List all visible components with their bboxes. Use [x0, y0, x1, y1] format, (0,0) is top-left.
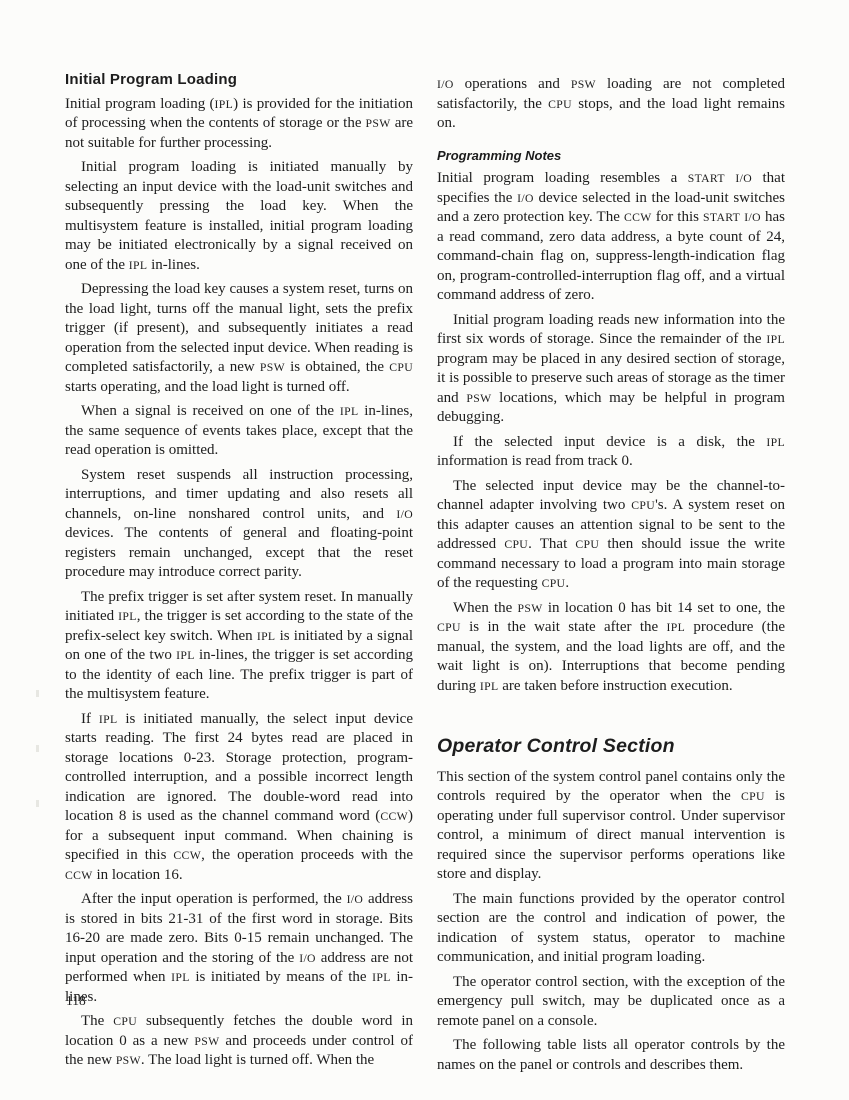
small-caps-term: IPL — [99, 713, 118, 726]
paragraph: When a signal is received on one of the … — [65, 402, 413, 461]
small-caps-term: CCW — [65, 869, 93, 882]
small-caps-term: I/O — [396, 508, 413, 521]
paragraph: If IPL is initiated manually, the select… — [65, 710, 413, 886]
sub-heading: Programming Notes — [437, 148, 785, 165]
manual-page: Initial Program LoadingInitial program l… — [0, 0, 849, 1100]
scan-artifact-marks — [36, 690, 40, 960]
paragraph: Initial program loading is initiated man… — [65, 158, 413, 275]
small-caps-term: I/O — [517, 192, 534, 205]
paragraph: I/O operations and PSW loading are not c… — [437, 75, 785, 134]
small-caps-term: PSW — [571, 78, 596, 91]
paragraph: The following table lists all operator c… — [437, 1036, 785, 1075]
paragraph: The prefix trigger is set after system r… — [65, 588, 413, 705]
small-caps-term: IPL — [766, 436, 785, 449]
small-caps-term: CCW — [173, 849, 201, 862]
small-caps-term: CPU — [504, 538, 528, 551]
paragraph: Initial program loading resembles a STAR… — [437, 169, 785, 306]
paragraph: Depressing the load key causes a system … — [65, 280, 413, 397]
paragraph: If the selected input device is a disk, … — [437, 433, 785, 472]
paragraph: After the input operation is performed, … — [65, 890, 413, 1007]
small-caps-term: IPL — [171, 971, 190, 984]
small-caps-term: PSW — [116, 1054, 141, 1067]
right-column: I/O operations and PSW loading are not c… — [437, 70, 785, 1075]
paragraph: System reset suspends all instruction pr… — [65, 466, 413, 583]
topic-heading: Initial Program Loading — [65, 70, 413, 90]
small-caps-term: PSW — [366, 117, 391, 130]
small-caps-term: CPU — [575, 538, 599, 551]
section-heading: Operator Control Section — [437, 734, 785, 759]
small-caps-term: PSW — [518, 602, 543, 615]
small-caps-term: START — [703, 211, 740, 224]
small-caps-term: IPL — [215, 98, 234, 111]
small-caps-term: CPU — [548, 98, 572, 111]
paragraph: Initial program loading reads new inform… — [437, 311, 785, 428]
small-caps-term: IPL — [129, 259, 148, 272]
small-caps-term: IPL — [480, 680, 499, 693]
small-caps-term: CPU — [741, 790, 765, 803]
small-caps-term: IPL — [372, 971, 391, 984]
small-caps-term: IPL — [176, 649, 195, 662]
small-caps-term: IPL — [257, 630, 276, 643]
paragraph: This section of the system control panel… — [437, 768, 785, 885]
paragraph: Initial program loading (IPL) is provide… — [65, 95, 413, 154]
small-caps-term: PSW — [260, 361, 285, 374]
small-caps-term: START — [688, 172, 725, 185]
small-caps-term: CPU — [437, 621, 461, 634]
small-caps-term: I/O — [744, 211, 761, 224]
page-body: Initial Program LoadingInitial program l… — [65, 70, 785, 1075]
page-number: 118 — [66, 993, 86, 1009]
small-caps-term: CPU — [389, 361, 413, 374]
small-caps-term: IPL — [766, 333, 785, 346]
small-caps-term: IPL — [118, 610, 137, 623]
small-caps-term: I/O — [735, 172, 752, 185]
paragraph: The selected input device may be the cha… — [437, 477, 785, 594]
small-caps-term: PSW — [194, 1035, 219, 1048]
small-caps-term: CPU — [631, 499, 655, 512]
small-caps-term: IPL — [340, 405, 359, 418]
small-caps-term: PSW — [466, 392, 491, 405]
paragraph: The CPU subsequently fetches the double … — [65, 1012, 413, 1071]
small-caps-term: I/O — [437, 78, 454, 91]
paragraph: The operator control section, with the e… — [437, 973, 785, 1032]
small-caps-term: CCW — [624, 211, 652, 224]
paragraph: The main functions provided by the opera… — [437, 890, 785, 968]
small-caps-term: I/O — [299, 952, 316, 965]
left-column: Initial Program LoadingInitial program l… — [65, 70, 413, 1075]
small-caps-term: CCW — [380, 810, 408, 823]
small-caps-term: I/O — [347, 893, 364, 906]
small-caps-term: IPL — [666, 621, 685, 634]
small-caps-term: CPU — [542, 577, 566, 590]
paragraph: When the PSW in location 0 has bit 14 se… — [437, 599, 785, 697]
small-caps-term: CPU — [113, 1015, 137, 1028]
